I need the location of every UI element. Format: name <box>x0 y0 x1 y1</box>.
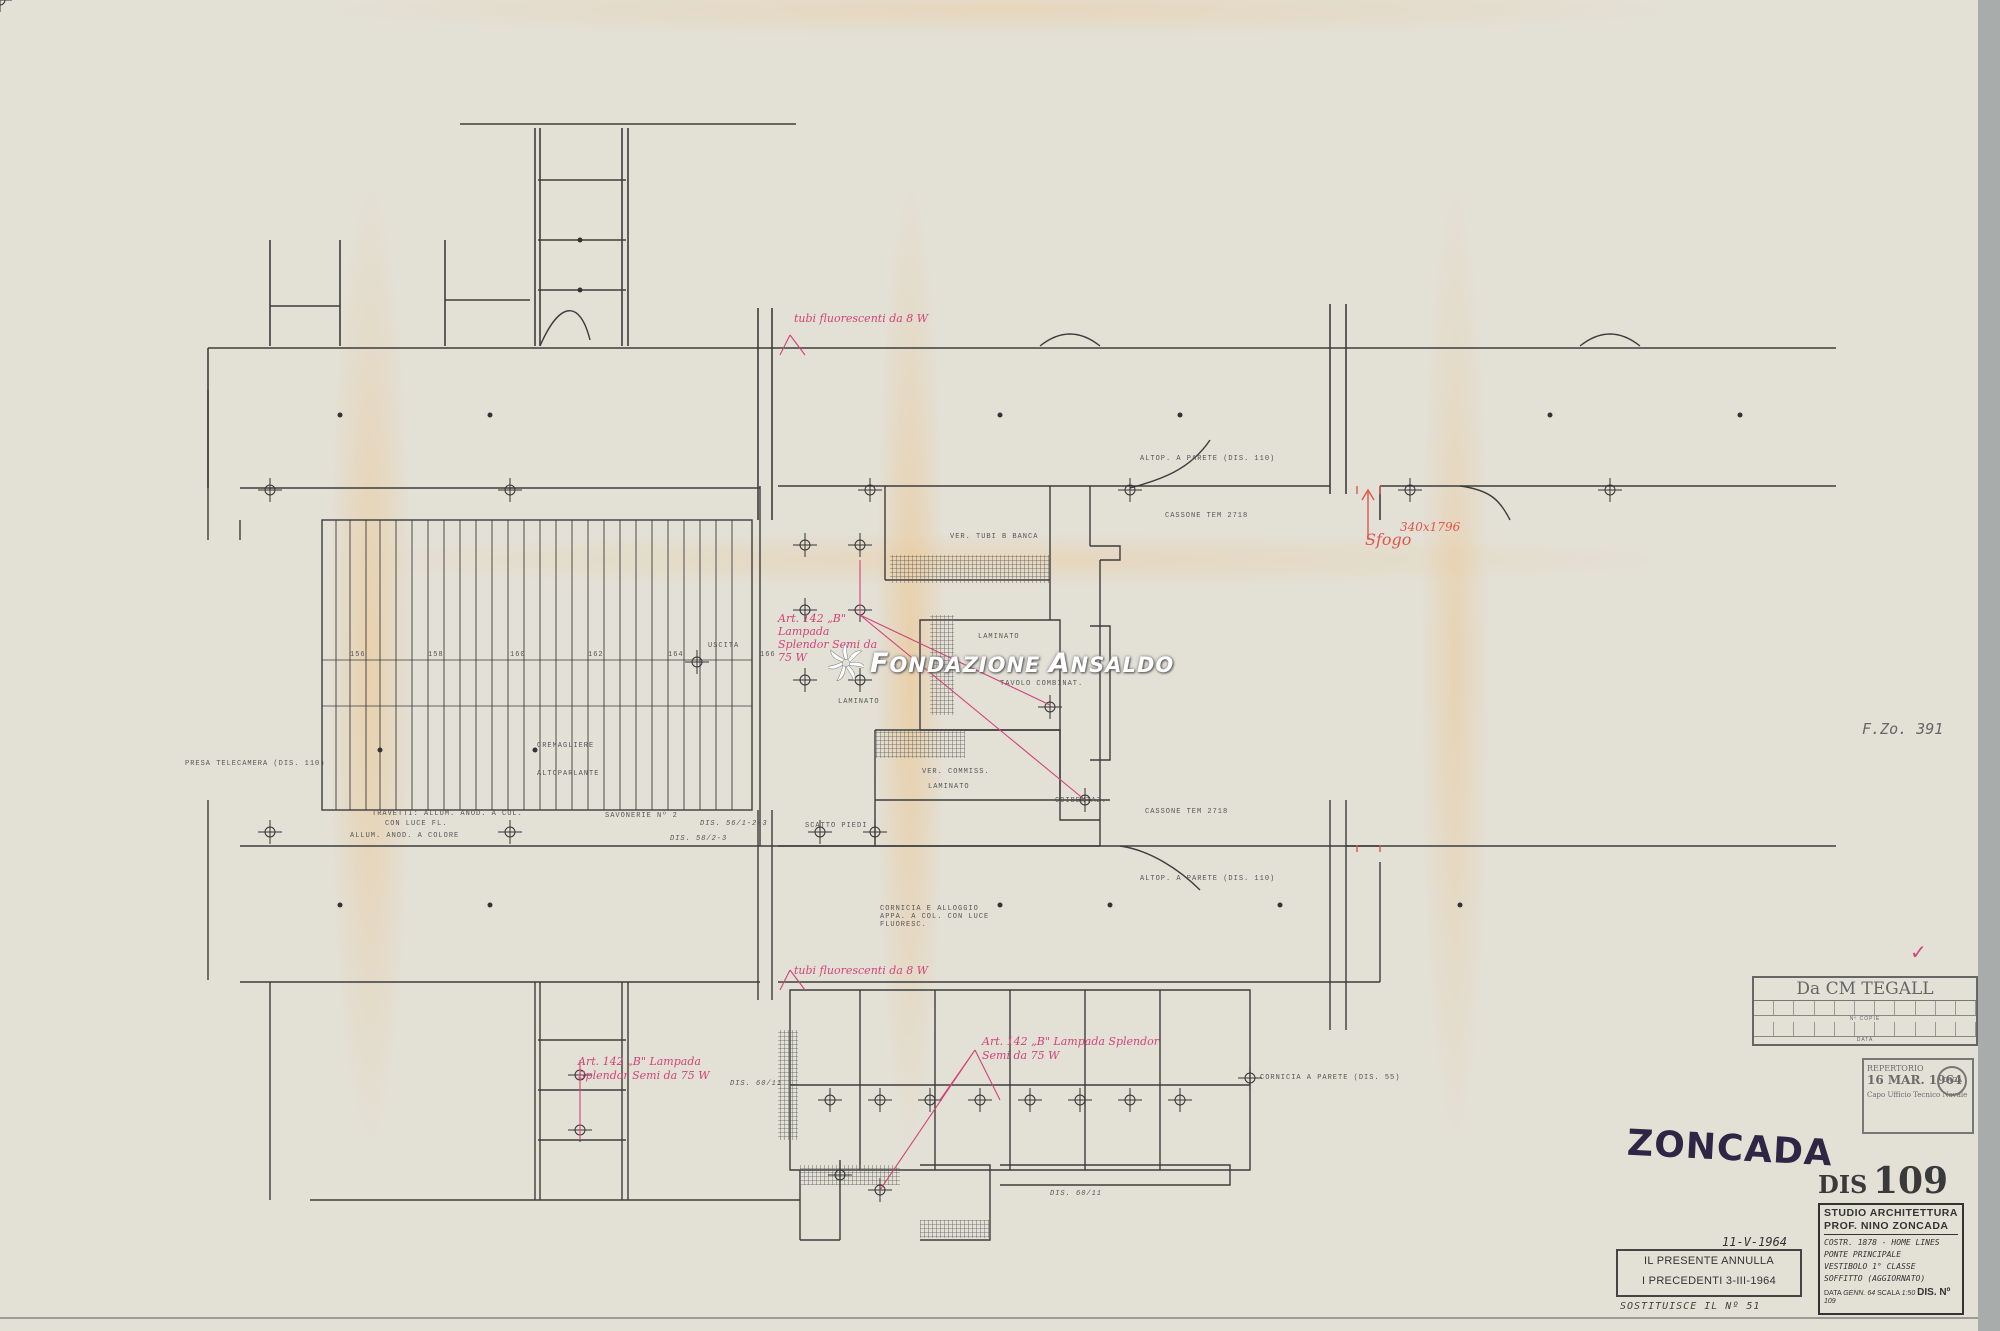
dim-156: 156 <box>350 651 366 659</box>
dim-162: 162 <box>588 651 604 659</box>
stamp-cm-tegall: Da CM TEGALL Nº COPIE DATA <box>1752 976 1978 1046</box>
label-con-luce: CON LUCE FL. <box>385 820 447 828</box>
drawing-number: DIS 109 <box>1818 1160 1948 1202</box>
label-tavolo-comb: TAVOLO COMBINAT. <box>1000 680 1083 688</box>
architect-name: PROF. NINO ZONCADA <box>1824 1220 1958 1235</box>
stamp-cm-data: DATA <box>1754 1037 1976 1043</box>
label-cremagliere: CREMAGLIERE <box>537 742 594 750</box>
label-uscita: USCITA <box>708 642 739 650</box>
label-scatto-piedi: SCATTO PIEDI <box>805 822 867 830</box>
label-altop-parete-top: ALTOP. A PARETE (DIS. 110) <box>1140 455 1275 463</box>
label-cornicia-parete: CORNICIA A PARETE (DIS. 55) <box>1260 1074 1400 1082</box>
crda-logo-icon: CRDA <box>1937 1066 1967 1096</box>
label-presa-telecamera: PRESA TELECAMERA (DIS. 110) <box>185 760 325 768</box>
note-sfogo-dims: 340x1796 <box>1400 520 1460 534</box>
label-altop-parete-bottom: ALTOP. A PARETE (DIS. 110) <box>1140 875 1275 883</box>
watermark-text: FONDAZIONE ANSALDO <box>870 648 1174 679</box>
desc-line-4: SOFFITTO (AGGIORNATO) <box>1824 1273 1958 1285</box>
title-footer: DATA GENN. 64 SCALA 1:50 DIS. Nº 109 <box>1824 1287 1958 1305</box>
watermark: FONDAZIONE ANSALDO <box>828 645 1174 681</box>
desc-line-1: COSTR. 1878 - HOME LINES <box>1824 1237 1958 1249</box>
label-savonerie: SAVONERIE Nº 2 <box>605 812 678 820</box>
dim-166: 166 <box>760 651 776 659</box>
note-lamp-left: Art. 142 „B" Lampada Splendor Semi da 75… <box>578 1055 753 1083</box>
label-cassone-bottom: CASSONE TEM 2718 <box>1145 808 1228 816</box>
label-ver-commiss: VER. COMMISS. <box>922 768 990 776</box>
label-cornicia: CORNICIA E ALLOGGIO APPA. A COL. CON LUC… <box>880 905 1000 929</box>
revision-date: 11-V-1964 <box>1722 1235 1787 1249</box>
check-mark: ✓ <box>1910 940 1927 964</box>
dim-160: 160 <box>510 651 526 659</box>
label-dis-56: DIS. 56/1-2-3 <box>700 820 768 828</box>
pinwheel-logo-icon <box>828 645 864 681</box>
annulment-box: IL PRESENTE ANNULLA I PRECEDENTI 3-III-1… <box>1616 1249 1802 1297</box>
label-laminato-3: LAMINATO <box>928 783 970 791</box>
annulment-line-1: IL PRESENTE ANNULLA <box>1618 1251 1800 1271</box>
annulment-line-2: I PRECEDENTI 3-III-1964 <box>1618 1271 1800 1291</box>
note-lamp-right: Art. 142 „B" Lampada Splendor Semi da 75… <box>982 1035 1167 1063</box>
scanner-border <box>1978 0 2000 1331</box>
stamp-repertorio: REPERTORIO 16 MAR. 1964 CRDA Capo Uffici… <box>1862 1058 1974 1134</box>
note-fluorescent-top: tubi fluorescenti da 8 W <box>794 312 928 325</box>
studio-name: STUDIO ARCHITETTURA <box>1824 1207 1958 1220</box>
note-fluorescent-bottom: tubi fluorescenti da 8 W <box>794 964 928 977</box>
label-ver-tubi: VER. TUBI B BANCA <box>950 533 1038 541</box>
stamp-cm-title: Da CM TEGALL <box>1754 978 1976 1001</box>
dim-158: 158 <box>428 651 444 659</box>
label-altoparlante: ALTOPARLANTE <box>537 770 599 778</box>
label-dis-60-a: DIS. 60/11 <box>730 1080 782 1088</box>
title-block: STUDIO ARCHITETTURA PROF. NINO ZONCADA C… <box>1818 1203 1964 1315</box>
label-allum-anod: ALLUM. ANOD. A COLORE <box>350 832 459 840</box>
replaces-note: SOSTITUISCE IL Nº 51 <box>1620 1301 1760 1312</box>
desc-line-2: PONTE PRINCIPALE <box>1824 1249 1958 1261</box>
label-cassone-top: CASSONE TEM 2718 <box>1165 512 1248 520</box>
label-laminato: LAMINATO <box>978 633 1020 641</box>
dim-164: 164 <box>668 651 684 659</box>
label-laminato-2: LAMINATO <box>838 698 880 706</box>
label-coibentaz: COIBENTAZ. <box>1055 797 1107 805</box>
label-dis-58: DIS. 58/2-3 <box>670 835 727 843</box>
desc-line-3: VESTIBOLO 1° CLASSE <box>1824 1261 1958 1273</box>
archive-reference: F.Zo. 391 <box>1862 720 1943 738</box>
label-travetti: TRAVETTI: ALLUM. ANOD. A COL. <box>372 810 523 818</box>
label-dis-60-b: DIS. 60/11 <box>1050 1190 1102 1198</box>
